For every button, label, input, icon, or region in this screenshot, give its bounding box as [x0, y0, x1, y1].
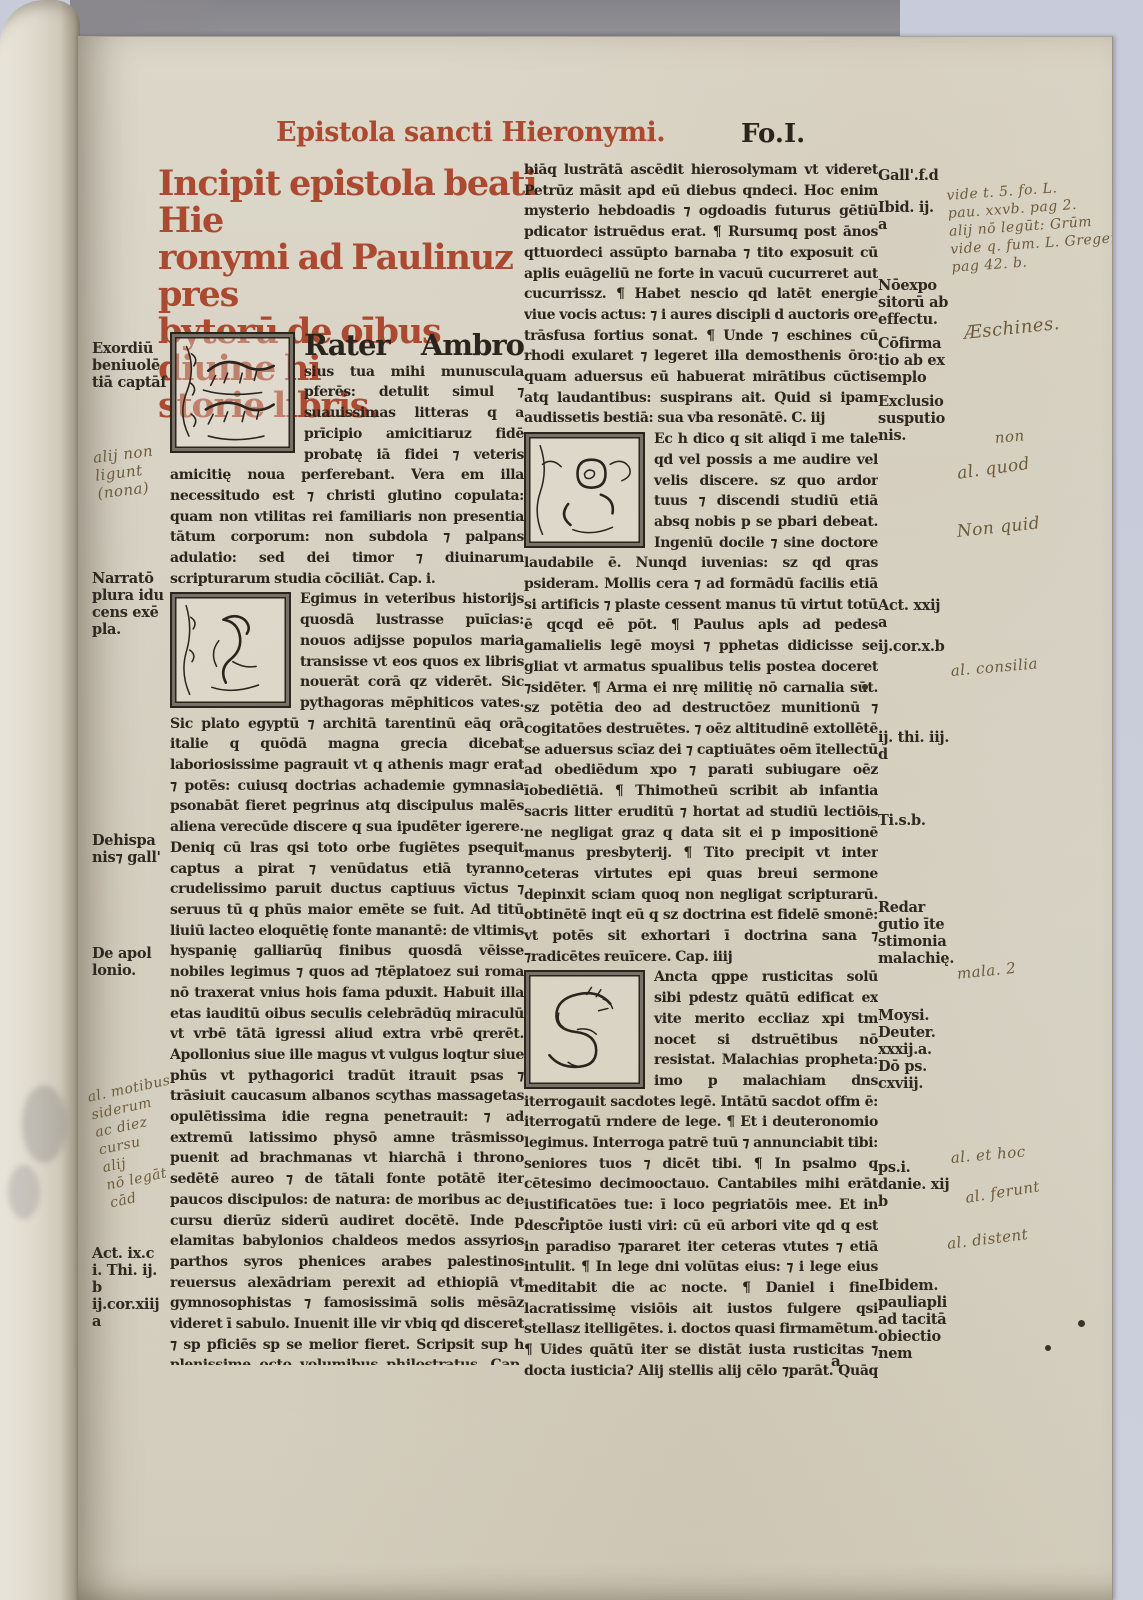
printed-margin-note: Cōfirma tio ab ex emplo	[878, 335, 960, 386]
book-photograph: Epistola sancti Hieronymi. Fo.I. Incipit…	[0, 0, 1143, 1600]
printed-margin-note: ij.cor.x.b	[878, 638, 960, 655]
printed-margin-note: Ti.s.b.	[878, 812, 960, 829]
ink-speck	[560, 1217, 564, 1221]
woodcut-initial-L-graphic	[172, 594, 289, 706]
handwritten-annotation: al. quod	[956, 451, 1058, 483]
ink-smudge	[22, 1085, 66, 1163]
printed-margin-note: De apol lonio.	[92, 945, 170, 979]
handwritten-annotation: mala. 2	[956, 956, 1047, 983]
woodcut-initial-S	[524, 970, 645, 1089]
facing-page-curled-edge	[0, 0, 80, 1600]
woodcut-initial-E	[524, 432, 645, 548]
printed-margin-note: Moysi. Deuter. xxxij.a. Dō ps. cxviij.	[878, 1007, 960, 1092]
handwritten-annotation: vide t. 5. fo. L. pau. xxvb. pag 2. alij…	[946, 174, 1113, 276]
printed-margin-note: Ibidem. pauliapli ad tacitā obiectio nem	[878, 1277, 960, 1362]
woodcut-initial-L	[170, 592, 291, 708]
handwritten-annotation: Non quid	[956, 512, 1067, 541]
text-column-2: biāq lustrātā ascēdit hierosolymam vt vi…	[524, 160, 878, 1382]
printed-margin-note: Gall'.f.d	[878, 167, 960, 184]
paragraph: Rater Ambro sius tua mihi munuscula pfer…	[170, 329, 524, 589]
ink-speck	[1045, 1345, 1051, 1351]
ink-speck	[862, 684, 868, 690]
handwritten-annotation: al. distent	[946, 1219, 1077, 1253]
paragraph: Ancta qppe rusticitas solū sibi pdestz q…	[524, 967, 878, 1382]
printed-margin-note: Act. ix.c i. Thi. ij. b ij.cor.xiij a	[92, 1245, 170, 1330]
running-title: Epistola sancti Hieronymi.	[276, 117, 665, 148]
handwritten-annotation: non	[994, 423, 1065, 447]
handwritten-annotation: al. consilia	[950, 651, 1081, 680]
woodcut-initial-S-graphic	[526, 972, 643, 1087]
ink-speck	[1078, 1320, 1085, 1327]
handwritten-annotation: Æschines.	[963, 311, 1094, 342]
printed-margin-note: Redar gutio īte stimonia malachię.	[878, 899, 960, 967]
handwritten-annotation: al. et hoc	[950, 1139, 1071, 1167]
ink-smudge	[8, 1165, 40, 1219]
paragraph: biāq lustrātā ascēdit hierosolymam vt vi…	[524, 160, 878, 429]
text-column-1: Rater Ambro sius tua mihi munuscula pfer…	[170, 329, 524, 1365]
folio-number: Fo.I.	[741, 119, 805, 149]
printed-margin-note: Narratō plura idu cens exē pla.	[92, 570, 170, 638]
printed-margin-note: ij. thi. iij. d	[878, 729, 960, 763]
body-text: biāq lustrātā ascēdit hierosolymam vt vi…	[524, 162, 878, 426]
paragraph: Ec h dico q sit aliqd ī me tale qd vel p…	[524, 429, 878, 967]
opening-words: Rater Ambro	[304, 329, 524, 362]
printed-margin-note: Dehispa nis⁊ gall'	[92, 832, 170, 866]
paragraph: Egimus in veteribus historijs quosdā lus…	[170, 589, 524, 1365]
manuscript-page: Epistola sancti Hieronymi. Fo.I. Incipit…	[78, 36, 1113, 1600]
handwritten-annotation: al. ferunt	[964, 1172, 1075, 1207]
printed-margin-note: Act. xxij a	[878, 597, 960, 631]
woodcut-initial-F-graphic	[172, 334, 293, 451]
signature-mark: a	[831, 1352, 841, 1370]
woodcut-initial-F	[170, 332, 295, 453]
printed-margin-note: Exclusio susputio nis.	[878, 393, 960, 444]
printed-margin-note: Exordiū beniuolē tiā captāſ	[92, 340, 170, 391]
woodcut-initial-E-graphic	[526, 434, 643, 546]
printed-margin-note: ps.i. danie. xij b	[878, 1159, 960, 1210]
printed-margin-note: Nōexpo sitorū ab effectu.	[878, 277, 960, 328]
handwritten-annotation: alij non ligunt (nona)	[92, 439, 178, 502]
